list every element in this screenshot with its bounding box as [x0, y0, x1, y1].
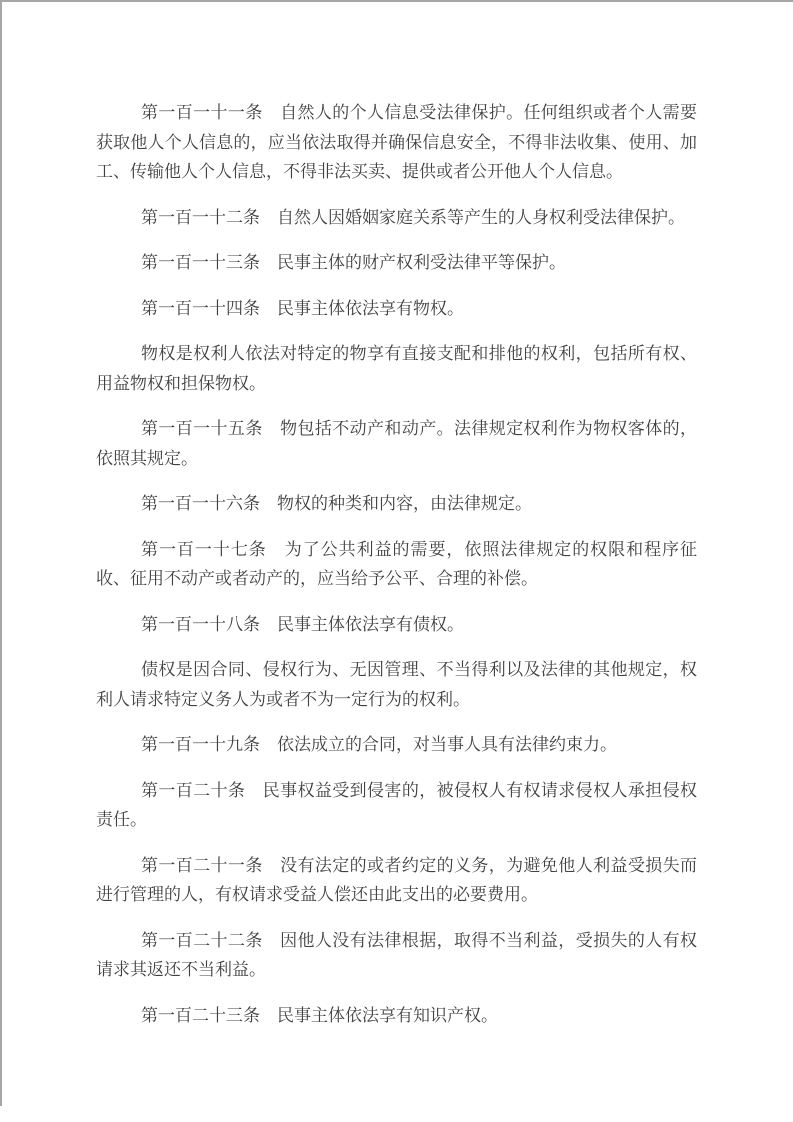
- page-border-top: [0, 0, 793, 2]
- article-paragraph: 债权是因合同、侵权行为、无因管理、不当得利以及法律的其他规定，权利人请求特定义务…: [96, 656, 697, 715]
- page-border-left: [0, 0, 2, 1106]
- article-number: 第一百一十五条: [141, 419, 280, 439]
- article-number: 第一百一十九条: [141, 735, 277, 755]
- article-number: 第一百一十四条: [141, 299, 277, 319]
- article-paragraph: 第一百一十四条 民事主体依法享有物权。: [96, 295, 697, 325]
- article-paragraph: 第一百一十七条 为了公共利益的需要，依照法律规定的权限和程序征收、征用不动产或者…: [96, 536, 697, 595]
- article-number: 第一百一十一条: [141, 103, 280, 123]
- article-paragraph: 第一百二十二条 因他人没有法律根据，取得不当利益，受损失的人有权请求其返还不当利…: [96, 927, 697, 986]
- article-paragraph: 第一百一十一条 自然人的个人信息受法律保护。任何组织或者个人需要获取他人个人信息…: [96, 99, 697, 188]
- article-paragraph: 第一百一十二条 自然人因婚姻家庭关系等产生的人身权利受法律保护。: [96, 204, 697, 234]
- article-paragraph: 第一百二十一条 没有法定的或者约定的义务，为避免他人利益受损失而进行管理的人，有…: [96, 852, 697, 911]
- article-number: 第一百一十三条: [141, 253, 277, 273]
- article-paragraph: 第一百一十六条 物权的种类和内容，由法律规定。: [96, 490, 697, 520]
- article-paragraph: 第一百一十五条 物包括不动产和动产。法律规定权利作为物权客体的，依照其规定。: [96, 415, 697, 474]
- article-number: 第一百一十八条: [141, 615, 277, 635]
- article-text: 物权是权利人依法对特定的物享有直接支配和排他的权利，包括所有权、用益物权和担保物…: [96, 344, 697, 394]
- article-text: 物权的种类和内容，由法律规定。: [277, 494, 532, 514]
- article-text: 民事主体依法享有物权。: [277, 299, 464, 319]
- document-page: 第一百一十一条 自然人的个人信息受法律保护。任何组织或者个人需要获取他人个人信息…: [0, 0, 793, 1122]
- article-paragraph: 第一百二十三条 民事主体依法享有知识产权。: [96, 1002, 697, 1032]
- article-paragraph: 第一百一十九条 依法成立的合同，对当事人具有法律约束力。: [96, 731, 697, 761]
- article-number: 第一百一十二条: [141, 208, 277, 228]
- article-text: 民事主体依法享有债权。: [277, 615, 464, 635]
- article-text: 民事主体的财产权利受法律平等保护。: [277, 253, 566, 273]
- article-paragraph: 第一百一十三条 民事主体的财产权利受法律平等保护。: [96, 249, 697, 279]
- article-paragraph: 物权是权利人依法对特定的物享有直接支配和排他的权利，包括所有权、用益物权和担保物…: [96, 340, 697, 399]
- article-number: 第一百二十二条: [141, 931, 280, 951]
- article-number: 第一百一十六条: [141, 494, 277, 514]
- document-content: 第一百一十一条 自然人的个人信息受法律保护。任何组织或者个人需要获取他人个人信息…: [96, 99, 697, 1031]
- article-text: 债权是因合同、侵权行为、无因管理、不当得利以及法律的其他规定，权利人请求特定义务…: [96, 660, 697, 710]
- article-text: 民事主体依法享有知识产权。: [277, 1006, 498, 1026]
- article-number: 第一百二十三条: [141, 1006, 277, 1026]
- article-paragraph: 第一百二十条 民事权益受到侵害的，被侵权人有权请求侵权人承担侵权责任。: [96, 777, 697, 836]
- article-text: 自然人因婚姻家庭关系等产生的人身权利受法律保护。: [277, 208, 685, 228]
- article-text: 依法成立的合同，对当事人具有法律约束力。: [277, 735, 617, 755]
- article-paragraph: 第一百一十八条 民事主体依法享有债权。: [96, 611, 697, 641]
- article-number: 第一百二十一条: [141, 856, 280, 876]
- article-number: 第一百一十七条: [141, 540, 285, 560]
- article-number: 第一百二十条: [141, 781, 263, 801]
